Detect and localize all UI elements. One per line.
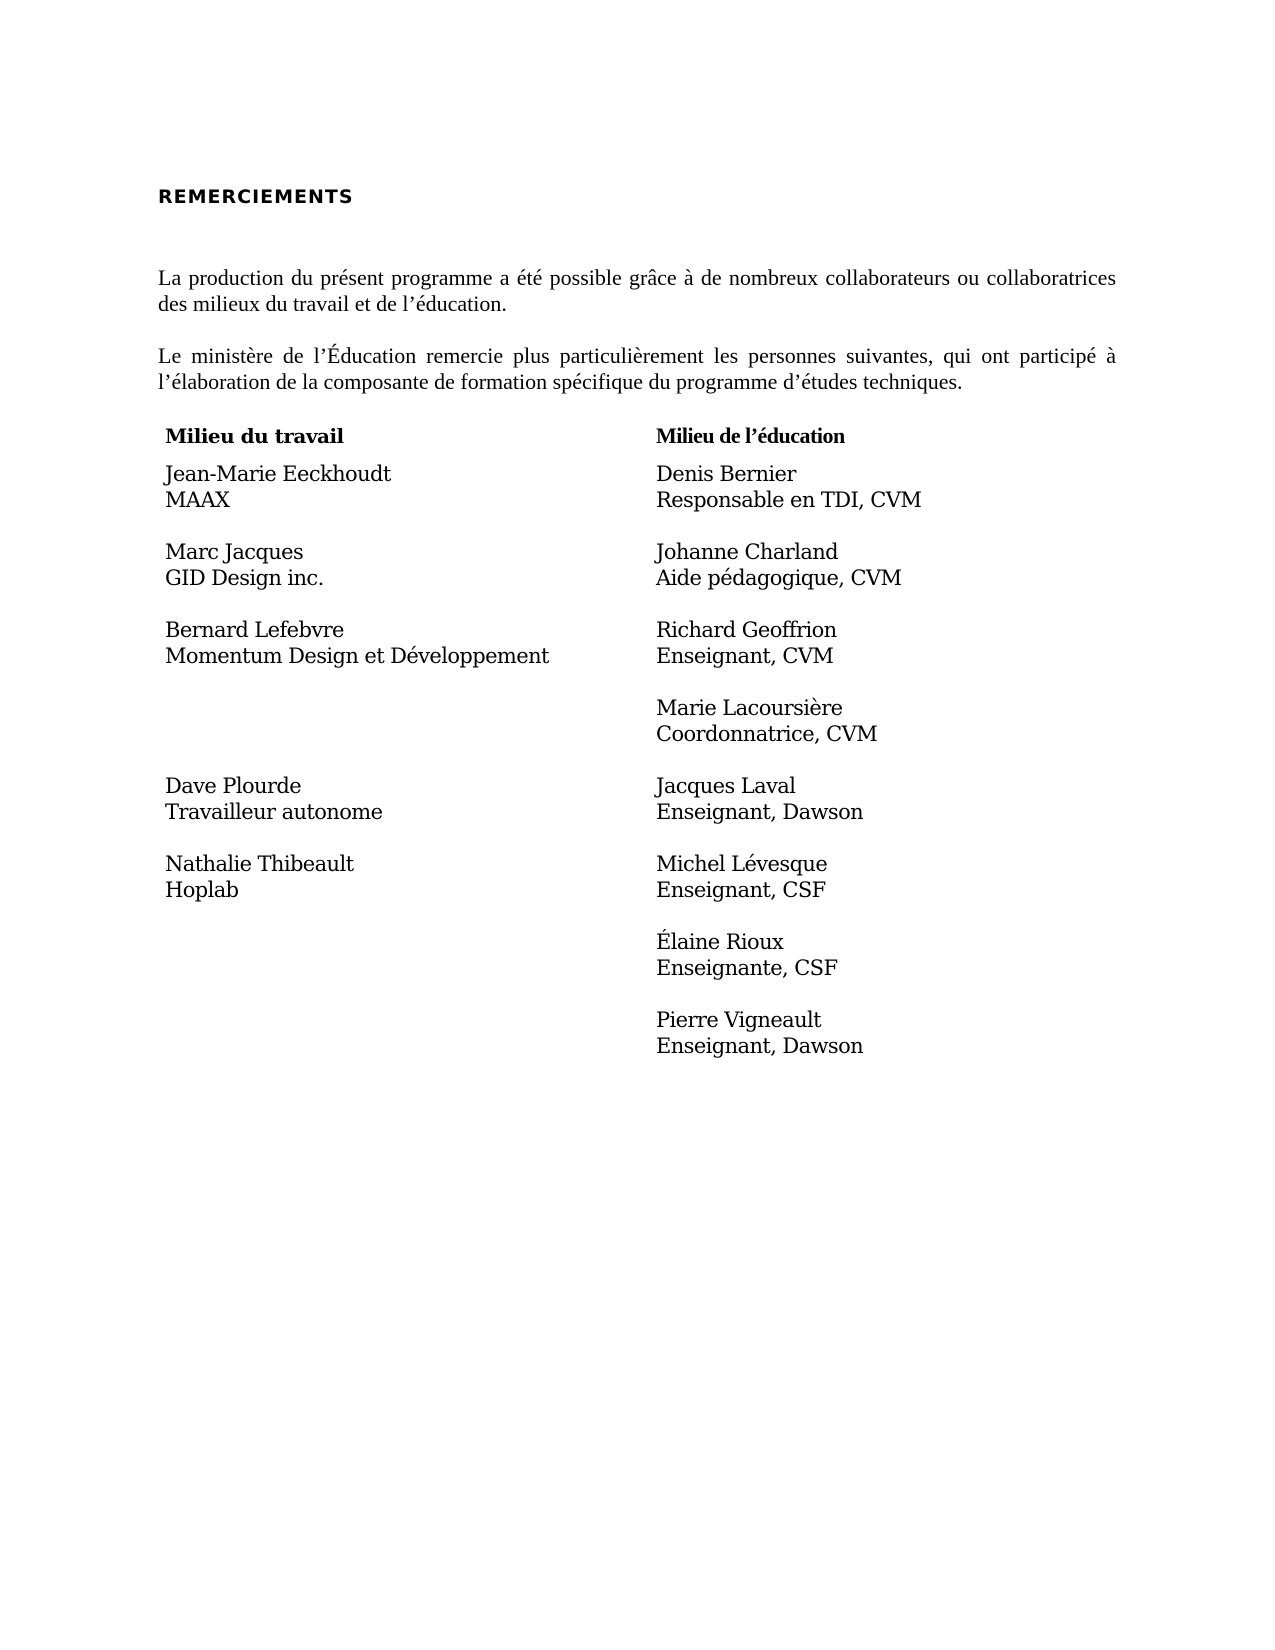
person-name: Johanne Charland <box>656 539 1106 565</box>
person-org: Travailleur autonome <box>165 799 615 825</box>
person-name: Élaine Rioux <box>656 929 1106 955</box>
person-entry: Marc Jacques GID Design inc. <box>165 539 615 617</box>
person-entry: Richard Geoffrion Enseignant, CVM <box>656 617 1106 695</box>
person-name: Dave Plourde <box>165 773 615 799</box>
person-name: Bernard Lefebvre <box>165 617 615 643</box>
person-org: Aide pédagogique, CVM <box>656 565 1106 591</box>
person-name: Marie Lacoursière <box>656 695 1106 721</box>
education-column: Milieu de l’éducation Denis Bernier Resp… <box>656 423 1106 1085</box>
person-name: Jean-Marie Eeckhoudt <box>165 461 615 487</box>
person-name: Denis Bernier <box>656 461 1106 487</box>
person-entry: Élaine Rioux Enseignante, CSF <box>656 929 1106 1007</box>
person-entry: Bernard Lefebvre Momentum Design et Déve… <box>165 617 615 695</box>
person-name: Michel Lévesque <box>656 851 1106 877</box>
person-org: GID Design inc. <box>165 565 615 591</box>
person-org: Enseignant, Dawson <box>656 799 1106 825</box>
person-org: Hoplab <box>165 877 615 903</box>
person-name: Pierre Vigneault <box>656 1007 1106 1033</box>
person-name: Richard Geoffrion <box>656 617 1106 643</box>
person-entry: Marie Lacoursière Coordonnatrice, CVM <box>656 695 1106 773</box>
person-entry: Michel Lévesque Enseignant, CSF <box>656 851 1106 929</box>
person-name: Jacques Laval <box>656 773 1106 799</box>
person-org: Responsable en TDI, CVM <box>656 487 1106 513</box>
blank-entry <box>165 695 615 773</box>
person-entry: Jacques Laval Enseignant, Dawson <box>656 773 1106 851</box>
person-org: Enseignant, Dawson <box>656 1033 1106 1059</box>
person-entry: Nathalie Thibeault Hoplab <box>165 851 615 929</box>
person-org: Enseignante, CSF <box>656 955 1106 981</box>
person-entry: Dave Plourde Travailleur autonome <box>165 773 615 851</box>
intro-paragraph: La production du présent programme a été… <box>158 265 1116 317</box>
person-org: MAAX <box>165 487 615 513</box>
work-heading: Milieu du travail <box>165 423 615 461</box>
person-name: Nathalie Thibeault <box>165 851 615 877</box>
person-entry: Johanne Charland Aide pédagogique, CVM <box>656 539 1106 617</box>
page-title: REMERCIEMENTS <box>158 186 354 208</box>
person-entry: Jean-Marie Eeckhoudt MAAX <box>165 461 615 539</box>
person-entry: Pierre Vigneault Enseignant, Dawson <box>656 1007 1106 1085</box>
person-entry: Denis Bernier Responsable en TDI, CVM <box>656 461 1106 539</box>
person-org: Momentum Design et Développement <box>165 643 615 669</box>
education-heading: Milieu de l’éducation <box>656 423 1106 461</box>
person-org: Enseignant, CSF <box>656 877 1106 903</box>
work-column: Milieu du travail Jean-Marie Eeckhoudt M… <box>165 423 615 929</box>
person-name: Marc Jacques <box>165 539 615 565</box>
thanks-paragraph: Le ministère de l’Éducation remercie plu… <box>158 343 1116 395</box>
person-org: Coordonnatrice, CVM <box>656 721 1106 747</box>
person-org: Enseignant, CVM <box>656 643 1106 669</box>
